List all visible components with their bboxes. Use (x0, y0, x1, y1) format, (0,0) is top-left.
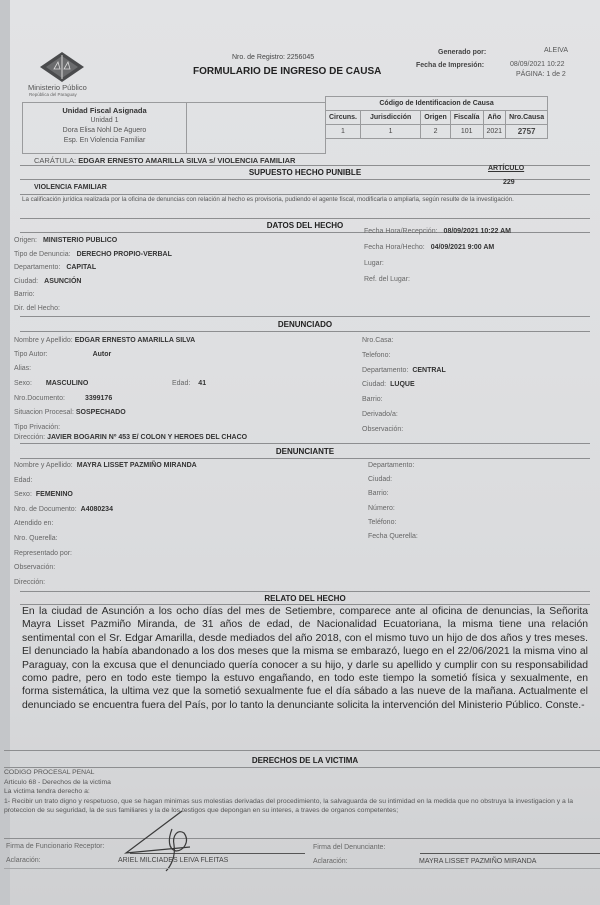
label: Tipo Autor: (14, 351, 48, 358)
field-label: Atendido en: (14, 520, 53, 527)
field-row: Observación: (362, 426, 407, 433)
codigo-val: 101 (450, 125, 483, 139)
field-label: Representado por: (14, 550, 72, 557)
denunciado-sexo: Sexo:MASCULINO (14, 380, 88, 387)
registro: Nro. de Registro: 2256045 (232, 54, 314, 61)
fecha-impresion-value: 08/09/2021 10:22 (510, 61, 565, 68)
derechos-line: 1- Recibir un trato digno y respetuoso, … (4, 797, 596, 816)
field-label: Sexo: (14, 491, 32, 498)
firma-receptor-label: Firma de Funcionario Receptor: (6, 843, 104, 850)
field-row: Nro.Casa: (362, 337, 398, 344)
field-row: Observación: (14, 564, 59, 571)
org-name: Ministerio Público (28, 84, 87, 92)
codigo-causa-table: Código de Identificacion de Causa Circun… (325, 96, 548, 139)
field-value: ASUNCIÓN (44, 278, 81, 285)
field-value: MAYRA LISSET PAZMIÑO MIRANDA (77, 462, 197, 469)
field-row: Número: (368, 505, 399, 512)
aclaracion-denunciante-label: Aclaración: (313, 858, 348, 865)
fecha-impresion-label: Fecha de Impresión: (416, 62, 484, 69)
field-value: LUQUE (390, 381, 415, 388)
aclaracion-receptor-label: Aclaración: (6, 857, 41, 864)
field-row: Departamento: (368, 462, 418, 469)
field-row: Atendido en: (14, 520, 57, 527)
field-label: Derivado/a: (362, 411, 398, 418)
field-label: Dir. del Hecho: (14, 305, 60, 312)
codigo-val: 2 (421, 125, 451, 139)
field-row: Barrio: (362, 396, 387, 403)
page-number: PÁGINA: 1 de 2 (516, 71, 566, 78)
field-label: Ref. del Lugar: (364, 276, 410, 283)
derechos-line: La victima tendra derecho a: (4, 787, 596, 797)
field-value: CAPITAL (66, 264, 96, 271)
relato-heading: RELATO DEL HECHO (20, 594, 590, 603)
field-label: Barrio: (362, 396, 383, 403)
field-row: Fecha Hora/Recepción:08/09/2021 10:22 AM (364, 228, 511, 235)
page-title: FORMULARIO DE INGRESO DE CAUSA (193, 66, 381, 77)
field-label: Lugar: (364, 260, 384, 267)
field-row: Ciudad:ASUNCIÓN (14, 278, 81, 285)
field-row: Telefono: (362, 352, 394, 359)
field-value: 08/09/2021 10:22 AM (444, 228, 511, 235)
codigo-val: 1 (361, 125, 421, 139)
field-row: Tipo de Denuncia:DERECHO PROPIO-VERBAL (14, 251, 172, 258)
field-row: Edad: (14, 477, 36, 484)
value: 3399176 (85, 395, 112, 402)
unidad-line: Unidad 1 (23, 116, 186, 126)
field-row: Barrio: (368, 490, 393, 497)
field-row: Ciudad:LUQUE (362, 381, 415, 388)
denunciado-direccion: Dirección: JAVIER BOGARIN Nº 453 E/ COLO… (14, 434, 247, 441)
codigo-col: Circuns. (326, 111, 361, 125)
field-label: Fecha Hora/Hecho: (364, 244, 425, 251)
unidad-heading: Unidad Fiscal Asignada (23, 103, 186, 116)
field-row: Derivado/a: (362, 411, 402, 418)
firma-denunciante-line (420, 853, 600, 854)
divider (20, 194, 590, 195)
codigo-val: 2021 (483, 125, 506, 139)
divider (20, 331, 590, 332)
divider (4, 750, 600, 751)
denunciado-privacion: Tipo Privación: (14, 424, 60, 431)
denunciado-heading: DENUNCIADO (20, 320, 590, 329)
field-label: Observación: (362, 426, 403, 433)
field-value: A4080234 (81, 506, 113, 513)
field-row: Sexo:FEMENINO (14, 491, 73, 498)
field-value: CENTRAL (412, 367, 445, 374)
field-row: Teléfono: (368, 519, 400, 526)
codigo-col: Nro.Causa (506, 111, 548, 125)
field-value: FEMENINO (36, 491, 73, 498)
field-label: Fecha Hora/Recepción: (364, 228, 438, 235)
ministerio-publico-logo-icon (36, 52, 88, 82)
divider (4, 838, 600, 839)
label: Nombre y Apellido: (14, 337, 73, 344)
codigo-col: Año (483, 111, 506, 125)
field-label: Barrio: (368, 490, 389, 497)
field-label: Departamento: (362, 367, 408, 374)
field-row: Lugar: (364, 260, 390, 267)
label: Nro.Documento: (14, 395, 65, 402)
divider (20, 316, 590, 317)
hecho-punible-value: VIOLENCIA FAMILIAR (34, 184, 107, 191)
org-subtitle: República del Paraguay (29, 92, 77, 97)
field-row: Fecha Querella: (368, 533, 422, 540)
codigo-col: Jurisdicción (361, 111, 421, 125)
calificacion-note: La calificación jurídica realizada por l… (22, 196, 587, 204)
field-label: Ciudad: (362, 381, 386, 388)
signature-icon (120, 805, 210, 875)
field-label: Teléfono: (368, 519, 396, 526)
field-label: Nro. Querella: (14, 535, 58, 542)
field-row: Nro. de Documento:A4080234 (14, 506, 113, 513)
field-label: Observación: (14, 564, 55, 571)
divider (4, 868, 600, 869)
value: SOSPECHADO (76, 409, 126, 416)
denunciante-heading: DENUNCIANTE (20, 447, 590, 456)
field-label: Barrio: (14, 291, 35, 298)
field-label: Departamento: (14, 264, 60, 271)
derechos-text: CODIGO PROCESAL PENAL Articulo 68 - Dere… (4, 768, 596, 816)
denunciante-nombre: MAYRA LISSET PAZMIÑO MIRANDA (419, 858, 536, 865)
field-label: Número: (368, 505, 395, 512)
denunciado-alias: Alias: (14, 365, 31, 372)
codigo-col: Origen (421, 111, 451, 125)
label: Edad: (172, 380, 190, 387)
denunciado-situacion: Situacion Procesal: SOSPECHADO (14, 409, 126, 416)
codigo-val: 1 (326, 125, 361, 139)
unidad-line: Esp. En Violencia Familiar (23, 136, 186, 146)
field-label: Fecha Querella: (368, 533, 418, 540)
field-value: DERECHO PROPIO-VERBAL (77, 251, 172, 258)
field-label: Edad: (14, 477, 32, 484)
value: Autor (93, 351, 112, 358)
field-label: Ciudad: (14, 278, 38, 285)
blank-box (185, 102, 326, 154)
field-row: Nombre y Apellido:MAYRA LISSET PAZMIÑO M… (14, 462, 197, 469)
value: MASCULINO (46, 380, 88, 387)
field-label: Nro. de Documento: (14, 506, 77, 513)
field-row: Ciudad: (368, 476, 396, 483)
caratula-label: CARÁTULA: (34, 156, 76, 165)
firma-denunciante-label: Firma del Denunciante: (313, 844, 385, 851)
denunciado-nombre: Nombre y Apellido: EDGAR ERNESTO AMARILL… (14, 337, 195, 344)
divider (20, 591, 590, 592)
field-row: Departamento:CAPITAL (14, 264, 96, 271)
articulo-label: ARTÍCULO (488, 165, 524, 172)
field-row: Representado por: (14, 550, 76, 557)
value: EDGAR ERNESTO AMARILLA SILVA (75, 337, 195, 344)
codigo-col: Fiscalía (450, 111, 483, 125)
registro-value: 2256045 (287, 54, 314, 61)
field-value: MINISTERIO PUBLICO (43, 237, 117, 244)
label: Situacion Procesal: (14, 409, 74, 416)
divider (20, 458, 590, 459)
generado-label: Generado por: (438, 49, 486, 56)
articulo-value: 229 (503, 179, 515, 186)
denunciado-edad: Edad:41 (172, 380, 206, 387)
field-row: Origen:MINISTERIO PUBLICO (14, 237, 117, 244)
field-row: Barrio: (14, 291, 41, 298)
label: Dirección: (14, 434, 45, 441)
field-label: Nombre y Apellido: (14, 462, 73, 469)
divider (20, 443, 590, 444)
generado-value: ALEIVA (544, 47, 568, 54)
field-label: Dirección: (14, 579, 45, 586)
hecho-punible-name: VIOLENCIA FAMILIAR (34, 184, 107, 191)
codigo-heading: Código de Identificacion de Causa (326, 97, 548, 111)
derechos-line: CODIGO PROCESAL PENAL (4, 768, 596, 778)
value: JAVIER BOGARIN Nº 453 E/ COLON Y HEROES … (47, 434, 247, 441)
caratula-value: EDGAR ERNESTO AMARILLA SILVA s/ VIOLENCI… (78, 156, 295, 165)
field-label: Origen: (14, 237, 37, 244)
denunciado-documento: Nro.Documento:3399176 (14, 395, 112, 402)
label: Sexo: (14, 380, 32, 387)
derechos-heading: DERECHOS DE LA VICTIMA (20, 756, 590, 765)
denunciado-tipo-autor: Tipo Autor:Autor (14, 351, 111, 358)
derechos-line: Articulo 68 - Derechos de la victima (4, 778, 596, 788)
field-label: Ciudad: (368, 476, 392, 483)
field-value: 04/09/2021 9:00 AM (431, 244, 495, 251)
unidad-line: Dora Elisa Nohl De Aguero (23, 126, 186, 136)
field-row: Fecha Hora/Hecho:04/09/2021 9:00 AM (364, 244, 494, 251)
field-row: Dir. del Hecho: (14, 305, 66, 312)
value: 41 (198, 380, 206, 387)
field-row: Ref. del Lugar: (364, 276, 416, 283)
field-row: Departamento:CENTRAL (362, 367, 446, 374)
caratula: CARÁTULA: EDGAR ERNESTO AMARILLA SILVA s… (34, 156, 295, 165)
field-label: Telefono: (362, 352, 390, 359)
registro-label: Nro. de Registro: (232, 54, 285, 61)
unidad-fiscal-box: Unidad Fiscal Asignada Unidad 1 Dora Eli… (22, 102, 187, 154)
field-label: Departamento: (368, 462, 414, 469)
codigo-val: 2757 (506, 125, 548, 139)
divider (20, 218, 590, 219)
field-row: Dirección: (14, 579, 49, 586)
field-label: Nro.Casa: (362, 337, 394, 344)
field-label: Tipo de Denuncia: (14, 251, 71, 258)
field-row: Nro. Querella: (14, 535, 62, 542)
relato-text: En la ciudad de Asunción a los ocho días… (22, 605, 588, 712)
